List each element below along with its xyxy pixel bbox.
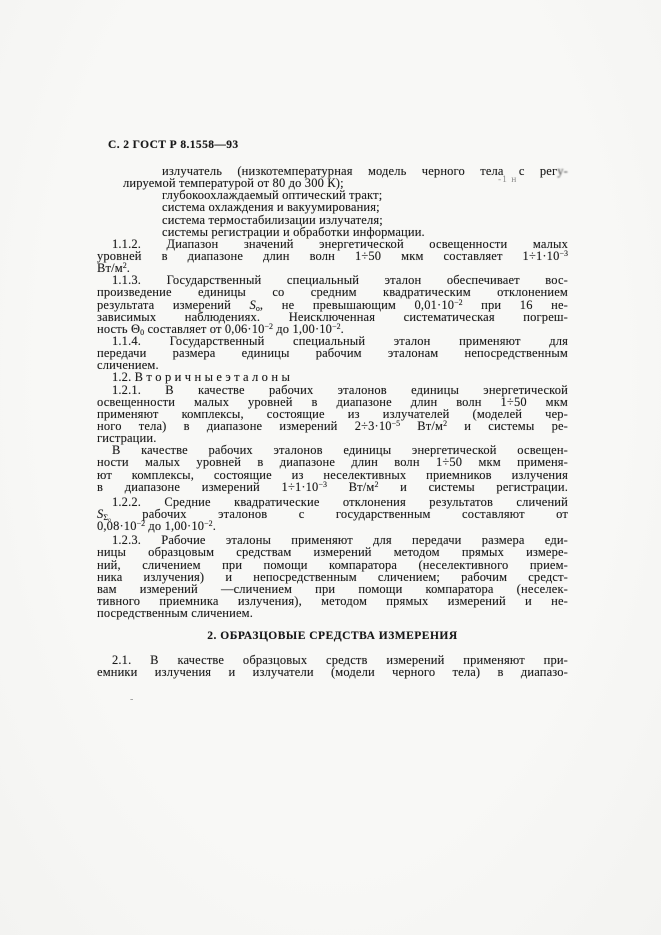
- text-line: передачи размера единицы рабочим эталона…: [97, 347, 568, 359]
- text-line: уровней в диапазоне длин волн 1÷50 мкм с…: [97, 250, 568, 262]
- text-line: система термостабилизации излучателя;: [97, 214, 568, 226]
- text-line: ний, сличением при помощи компаратора (н…: [97, 559, 568, 571]
- text-line: ницы образцовым средствам измерений мето…: [97, 546, 568, 558]
- text-line: ют комплексы, состоящие из неселективных…: [97, 469, 568, 481]
- text-line: ности малых уровней в диапазоне длин вол…: [97, 456, 568, 468]
- text-line: ного тела) в диапазоне измерений 2÷3·10−…: [97, 420, 568, 432]
- text-line: система охлаждения и вакуумирования;: [97, 201, 568, 213]
- text-line: 1.2.1. В качестве рабочих эталонов едини…: [97, 384, 568, 396]
- text-line: емники излучения и излучатели (модели че…: [97, 666, 568, 678]
- scan-artifact-margin-dot: -: [130, 694, 133, 705]
- document-body: излучатель (низкотемпературная модель че…: [97, 165, 568, 679]
- text-line: результата измерений Sо, не превышающим …: [97, 299, 568, 311]
- scanned-page: С. 2 ГОСТ Р 8.1558—93 -1 н излучатель (н…: [0, 0, 661, 935]
- text-line: освещенности малых уровней в диапазоне д…: [97, 396, 568, 408]
- text-line: зависимых наблюдениях. Неисключенная сис…: [97, 311, 568, 323]
- section-heading: 2. ОБРАЗЦОВЫЕ СРЕДСТВА ИЗМЕРЕНИЯ: [97, 630, 568, 642]
- text-line: 0,08·10−2 до 1,00·10−2.: [97, 520, 568, 532]
- text-line: в диапазоне измерений 1÷1·10−3 Вт/м2 и с…: [97, 481, 568, 493]
- text-line: произведение единицы со средним квадрати…: [97, 286, 568, 298]
- text-line: посредственным сличением.: [97, 607, 568, 619]
- text-line: 1.2. В т о р и ч н ы е э т а л о н ы: [97, 371, 568, 383]
- page-header: С. 2 ГОСТ Р 8.1558—93: [108, 139, 239, 151]
- text-line: ника излучения) и непосредственным сличе…: [97, 571, 568, 583]
